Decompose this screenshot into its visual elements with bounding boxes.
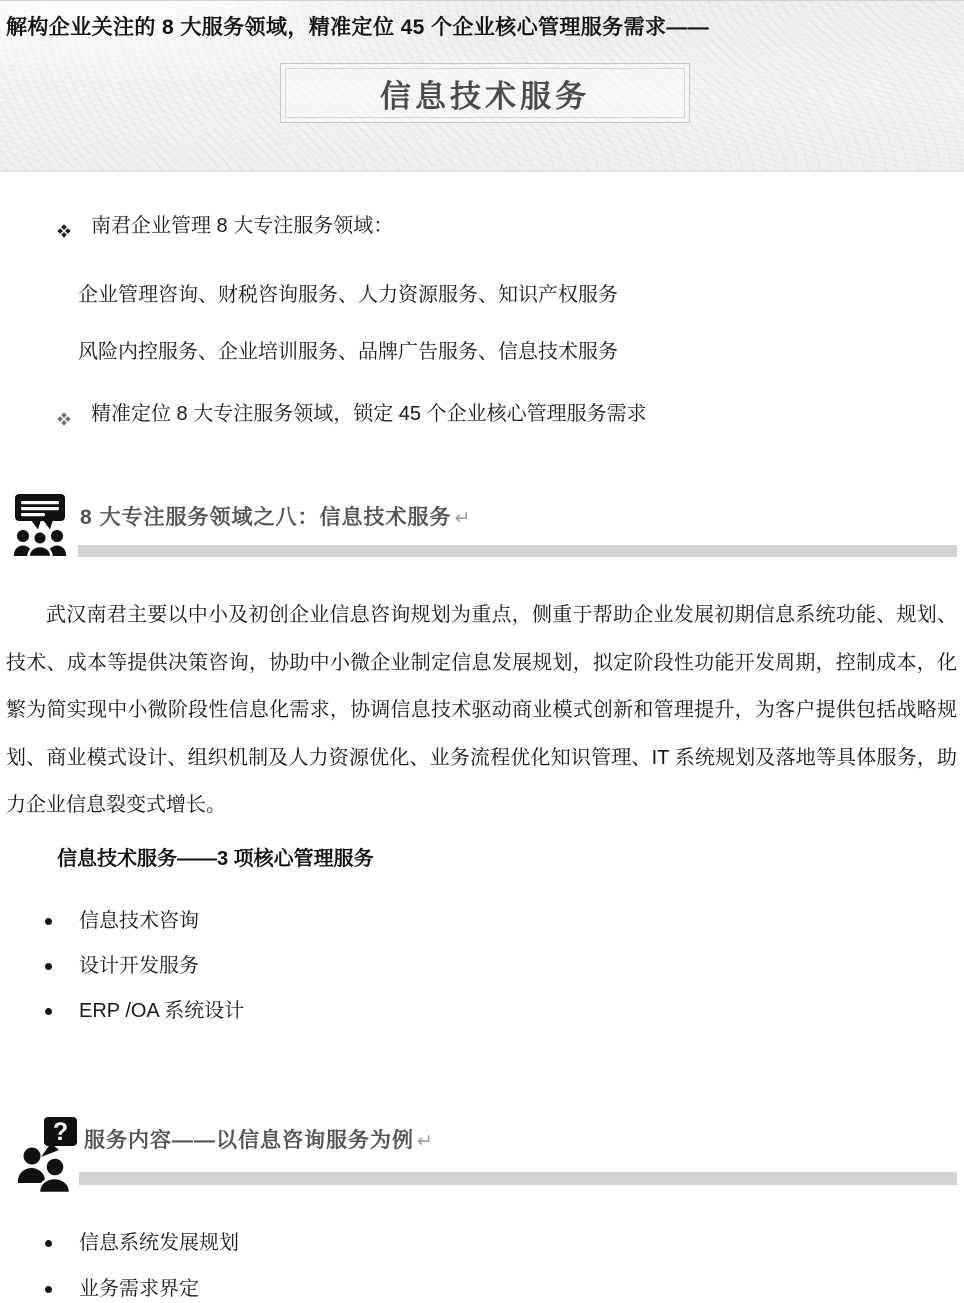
page-headline: 解构企业关注的 8 大服务领域，精准定位 45 个企业核心管理服务需求——: [6, 11, 956, 41]
svg-text:?: ?: [53, 1118, 68, 1146]
bullet-dot-icon: [45, 1240, 52, 1247]
list-item: ERP /OA 系统设计: [0, 998, 964, 1024]
paragraph-mark: ↵: [455, 508, 472, 529]
list-item-text: 业务需求界定: [79, 1276, 199, 1302]
service-fields-line-1: 企业管理咨询、财税咨询服务、人力资源服务、知识产权服务: [0, 281, 964, 309]
section1-divider-bar: [78, 545, 957, 557]
list-item: 业务需求界定: [0, 1276, 964, 1302]
overview-bullet-2-text: 精准定位 8 大专注服务领域，锁定 45 个企业核心管理服务需求: [91, 400, 647, 428]
bullet-dot-icon: [45, 963, 52, 970]
paragraph-mark: ↵: [417, 1131, 434, 1152]
list-item-text: 设计开发服务: [79, 953, 199, 979]
overview-bullet-1-text: 南君企业管理 8 大专注服务领域：: [91, 212, 393, 240]
section2-title: 服务内容——以信息咨询服务为例↵: [84, 1124, 434, 1154]
list-item: 信息系统发展规划: [0, 1230, 964, 1256]
section1-paragraph: 武汉南君主要以中小及初创企业信息咨询规划为重点，侧重于帮助企业发展初期信息系统功…: [6, 592, 957, 830]
list-item-text: ERP /OA 系统设计: [79, 998, 244, 1024]
section1-title: 8 大专注服务领域之八：信息技术服务↵: [80, 501, 471, 531]
overview-bullet-1: 南君企业管理 8 大专注服务领域：: [0, 212, 964, 246]
four-diamond-icon: [57, 406, 71, 434]
list-item: 信息技术咨询: [0, 908, 964, 934]
section2-divider-bar: [79, 1172, 957, 1185]
four-diamond-icon: [57, 218, 71, 246]
list-item-text: 信息技术咨询: [79, 908, 199, 934]
list-item: 设计开发服务: [0, 953, 964, 979]
list-item-text: 信息系统发展规划: [79, 1230, 239, 1256]
banner-title: 信息技术服务: [380, 71, 590, 116]
presentation-audience-icon: [14, 493, 66, 562]
bullet-dot-icon: [45, 918, 52, 925]
section1-subheading: 信息技术服务——3 项核心管理服务: [0, 846, 964, 872]
overview-bullet-2: 精准定位 8 大专注服务领域，锁定 45 个企业核心管理服务需求: [0, 400, 964, 434]
service-fields-line-2: 风险内控服务、企业培训服务、品牌广告服务、信息技术服务: [0, 338, 964, 366]
bullet-dot-icon: [45, 1286, 52, 1293]
document-page: 信息技术服务 解构企业关注的 8 大服务领域，精准定位 45 个企业核心管理服务…: [0, 0, 964, 1303]
banner-title-box: 信息技术服务: [280, 63, 690, 123]
banner-title-box-inner: 信息技术服务: [285, 68, 685, 118]
bullet-dot-icon: [45, 1008, 52, 1015]
question-discussion-icon: ?: [17, 1116, 79, 1198]
